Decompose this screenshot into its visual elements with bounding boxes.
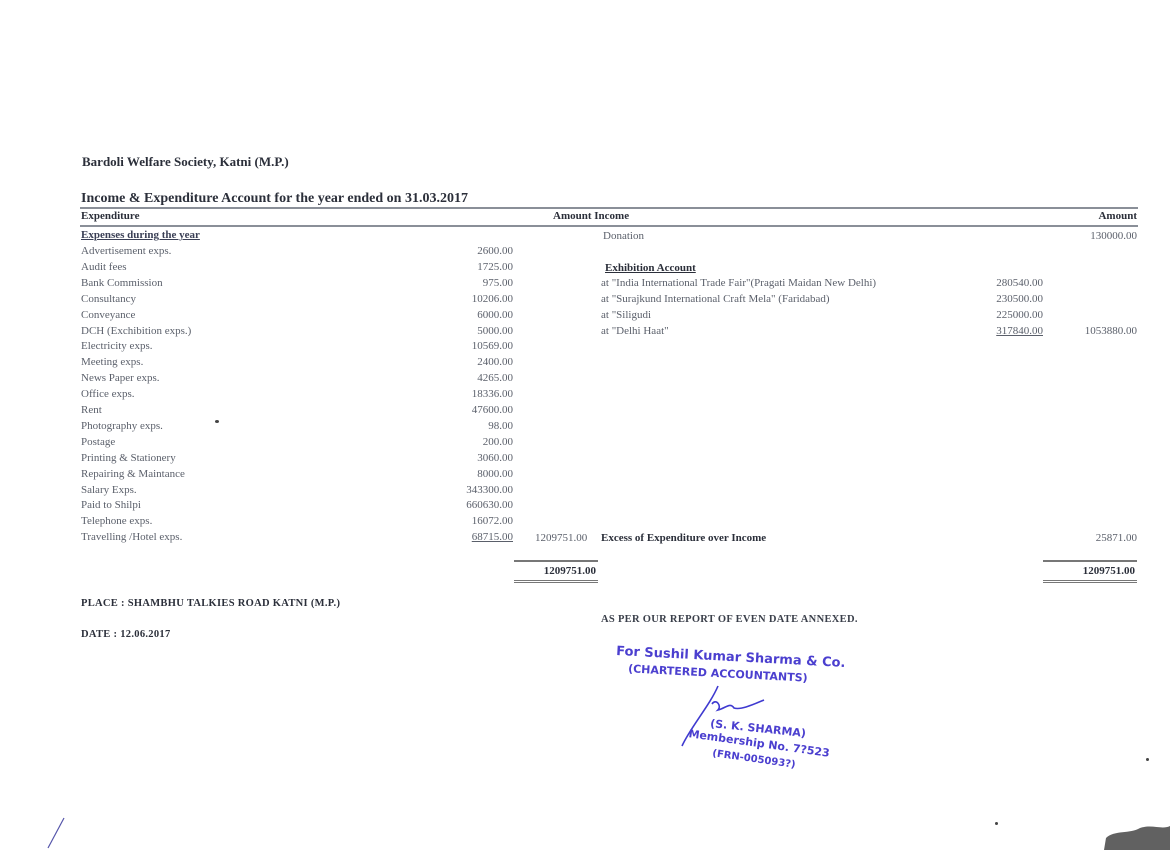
exhibition-amount: 230500.00 (996, 293, 1043, 305)
expenditure-label: Advertisement exps. (81, 245, 171, 257)
expenditure-label: Rent (81, 404, 102, 416)
expenditure-label: News Paper exps. (81, 372, 160, 384)
exhibition-account-title: Exhibition Account (605, 262, 696, 274)
expenditure-row: News Paper exps.4265.00 (0, 372, 1170, 388)
expenditure-row: DCH (Exchibition exps.)5000.00 (0, 325, 1170, 341)
exhibition-amount: 225000.00 (996, 309, 1043, 321)
expenditure-row: Bank Commission975.00 (0, 277, 1170, 293)
expenditure-amount: 10569.00 (472, 340, 513, 352)
expenditure-label: Postage (81, 436, 115, 448)
expenditure-row: Meeting exps.2400.00 (0, 356, 1170, 372)
excess-amount: 25871.00 (1096, 532, 1137, 544)
date-line: DATE : 12.06.2017 (81, 629, 171, 640)
exhibition-label: at "Siligudi (601, 309, 651, 321)
excess-label: Excess of Expenditure over Income (601, 532, 766, 544)
expenditure-amount: 3060.00 (477, 452, 513, 464)
expenditure-amount: 660630.00 (466, 499, 513, 511)
expenditure-label: Audit fees (81, 261, 127, 273)
column-header-amount: Amount (1098, 210, 1137, 222)
expenditure-row: Audit fees1725.00 (0, 261, 1170, 277)
expenditure-row: Consultancy10206.00 (0, 293, 1170, 309)
expenditure-row: Repairing & Maintance8000.00 (0, 468, 1170, 484)
place-line: PLACE : SHAMBHU TALKIES ROAD KATNI (M.P.… (81, 598, 340, 609)
expenditure-amount: 200.00 (483, 436, 513, 448)
expenditure-row: Conveyance6000.00 (0, 309, 1170, 325)
exhibition-label: at "India International Trade Fair"(Prag… (601, 277, 876, 289)
expenditure-amount: 2600.00 (477, 245, 513, 257)
column-header-amount-income: Amount Income (553, 210, 629, 222)
expenditure-label: DCH (Exchibition exps.) (81, 325, 191, 337)
expenditure-label: Printing & Stationery (81, 452, 176, 464)
expenditure-row: Office exps.18336.00 (0, 388, 1170, 404)
expenditure-amount: 10206.00 (472, 293, 513, 305)
exhibition-label: at "Delhi Haat" (601, 325, 669, 337)
expenditure-amount: 16072.00 (472, 515, 513, 527)
exhibition-label: at "Surajkund International Craft Mela" … (601, 293, 830, 305)
expenditure-row: Postage200.00 (0, 436, 1170, 452)
exhibition-total: 1053880.00 (1085, 325, 1137, 337)
expenditure-amount: 98.00 (488, 420, 513, 432)
exhibition-amount: 280540.00 (996, 277, 1043, 289)
expenditure-row: Rent47600.00 (0, 404, 1170, 420)
expenditure-label: Conveyance (81, 309, 135, 321)
expenditure-amount: 68715.00 (472, 531, 513, 543)
expenditure-row: Electricity exps.10569.00 (0, 340, 1170, 356)
expenditure-row: Photography exps.98.00 (0, 420, 1170, 436)
expenditure-amount: 8000.00 (477, 468, 513, 480)
scan-smudge-icon (1100, 820, 1170, 850)
expenditure-label: Repairing & Maintance (81, 468, 185, 480)
header-bottom-rule (80, 225, 1138, 227)
expenditure-label: Photography exps. (81, 420, 163, 432)
expenditure-label: Telephone exps. (81, 515, 152, 527)
expenses-section-title: Expenses during the year (81, 229, 200, 241)
income-total: 1209751.00 (1043, 560, 1137, 583)
expenditure-amount: 343300.00 (466, 484, 513, 496)
expenditure-label: Travelling /Hotel exps. (81, 531, 182, 543)
expenditure-row: Paid to Shilpi660630.00 (0, 499, 1170, 515)
expenditure-amount: 6000.00 (477, 309, 513, 321)
expenditure-label: Electricity exps. (81, 340, 152, 352)
donation-amount: 130000.00 (1090, 230, 1137, 242)
statement-title: Income & Expenditure Account for the yea… (81, 191, 468, 207)
expenditure-amount: 2400.00 (477, 356, 513, 368)
report-note: AS PER OUR REPORT OF EVEN DATE ANNEXED. (601, 614, 858, 625)
expenditure-row: Advertisement exps.2600.00 (0, 245, 1170, 261)
organization-name: Bardoli Welfare Society, Katni (M.P.) (82, 154, 289, 170)
expenditure-amount: 18336.00 (472, 388, 513, 400)
column-header-expenditure: Expenditure (81, 210, 139, 222)
header-top-rule (80, 207, 1138, 209)
expenditure-label: Salary Exps. (81, 484, 137, 496)
expenditure-amount: 975.00 (483, 277, 513, 289)
donation-label: Donation (603, 230, 644, 242)
scan-speck (995, 822, 998, 825)
expenditure-total: 1209751.00 (514, 560, 598, 583)
scan-speck (215, 420, 219, 423)
exhibition-amount: 317840.00 (996, 325, 1043, 337)
expenditure-row: Salary Exps.343300.00 (0, 484, 1170, 500)
expenditure-row: Printing & Stationery3060.00 (0, 452, 1170, 468)
expenditure-label: Paid to Shilpi (81, 499, 141, 511)
expenditure-row: Telephone exps.16072.00 (0, 515, 1170, 531)
expenditure-label: Meeting exps. (81, 356, 143, 368)
expenditure-label: Consultancy (81, 293, 136, 305)
pen-mark-icon (44, 816, 68, 850)
expenditure-amount: 4265.00 (477, 372, 513, 384)
expenditure-label: Office exps. (81, 388, 135, 400)
expenditure-amount: 5000.00 (477, 325, 513, 337)
expenditure-label: Bank Commission (81, 277, 163, 289)
expenditure-amount: 47600.00 (472, 404, 513, 416)
expenditure-subtotal: 1209751.00 (535, 532, 587, 544)
expenditure-amount: 1725.00 (477, 261, 513, 273)
scan-speck (1146, 758, 1149, 761)
